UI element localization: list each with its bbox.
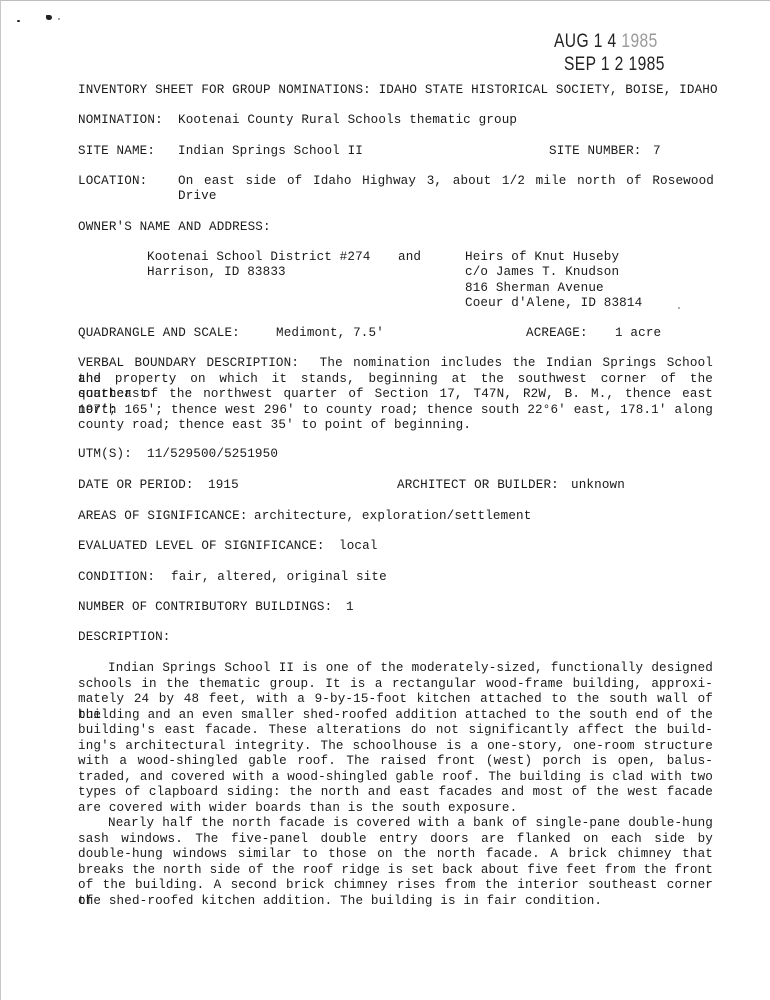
description-label: DESCRIPTION:: [78, 630, 171, 644]
site-name-value: Indian Springs School II: [178, 144, 363, 158]
description-line: are covered with wider boards than is th…: [78, 801, 713, 817]
nomination-value: Kootenai County Rural Schools thematic g…: [178, 113, 517, 127]
owner2-city: Coeur d'Alene, ID 83814: [465, 296, 642, 310]
condition-value: fair, altered, original site: [171, 570, 387, 584]
condition-label: CONDITION:: [78, 570, 155, 584]
owner2-care-of: c/o James T. Knudson: [465, 265, 619, 279]
location-value-line2: Drive: [178, 189, 217, 203]
boundary-line: north 165'; thence west 296' to county r…: [78, 403, 713, 419]
architect-label: ARCHITECT OR BUILDER:: [397, 478, 559, 492]
contributory-value: 1: [346, 600, 354, 614]
site-name-label: SITE NAME:: [78, 144, 155, 158]
description-line: sash windows. The five-panel double entr…: [78, 832, 713, 848]
received-date-stamp: AUG 1 4 1985: [554, 31, 658, 53]
description-line: the shed-roofed kitchen addition. The bu…: [78, 894, 713, 910]
stamp-year: 1985: [621, 31, 657, 52]
areas-value: architecture, exploration/settlement: [254, 509, 531, 523]
document-page: AUG 1 4 1985 SEP 1 2 1985 INVENTORY SHEE…: [0, 0, 770, 1000]
description-line: Nearly half the north facade is covered …: [108, 816, 713, 830]
quadrangle-label: QUADRANGLE AND SCALE:: [78, 326, 240, 340]
site-number-value: 7: [653, 144, 661, 158]
description-line: building and an even smaller shed-roofed…: [78, 708, 713, 724]
description-body: Indian Springs School II is one of the m…: [78, 661, 713, 909]
processed-date-stamp: SEP 1 2 1985: [564, 54, 665, 76]
architect-value: unknown: [571, 478, 625, 492]
site-number-label: SITE NUMBER:: [549, 144, 642, 158]
acreage-value: 1 acre: [615, 326, 661, 340]
document-title: INVENTORY SHEET FOR GROUP NOMINATIONS: I…: [78, 83, 718, 97]
location-label: LOCATION:: [78, 174, 147, 188]
acreage-label: ACREAGE:: [526, 326, 588, 340]
boundary-line: quarter of the northwest quarter of Sect…: [78, 387, 713, 403]
description-line: traded, and covered with a wood-shingled…: [78, 770, 713, 786]
utm-label: UTM(S):: [78, 447, 132, 461]
date-value: 1915: [208, 478, 239, 492]
level-label: EVALUATED LEVEL OF SIGNIFICANCE:: [78, 539, 325, 553]
description-line: of the building. A second brick chimney …: [78, 878, 713, 894]
owners-label: OWNER'S NAME AND ADDRESS:: [78, 220, 271, 234]
level-value: local: [339, 539, 378, 553]
location-value-line1: On east side of Idaho Highway 3, about 1…: [178, 174, 714, 188]
nomination-label: NOMINATION:: [78, 113, 163, 127]
contributory-label: NUMBER OF CONTRIBUTORY BUILDINGS:: [78, 600, 332, 614]
boundary-line: county road; thence east 35' to point of…: [78, 418, 713, 434]
utm-value: 11/529500/5251950: [147, 447, 278, 461]
owner2-street: 816 Sherman Avenue: [465, 281, 604, 295]
owners-conjunction: and: [398, 250, 421, 264]
description-line: double-hung windows similar to those on …: [78, 847, 713, 863]
description-line: breaks the north side of the roof ridge …: [78, 863, 713, 879]
stamp-month-day: SEP 1 2: [564, 54, 624, 75]
areas-label: AREAS OF SIGNIFICANCE:: [78, 509, 248, 523]
stamp-year: 1985: [628, 54, 664, 75]
description-line: mately 24 by 48 feet, with a 9-by-15-foo…: [78, 692, 713, 708]
description-line: Indian Springs School II is one of the m…: [108, 661, 713, 675]
description-line: schools in the thematic group. It is a r…: [78, 677, 713, 693]
stamp-month-day: AUG 1 4: [554, 31, 617, 52]
owner1-name: Kootenai School District #274: [147, 250, 371, 264]
description-line: with a wood-shingled gable roof. The rai…: [78, 754, 713, 770]
description-line: types of clapboard siding: the north and…: [78, 785, 713, 801]
quadrangle-value: Medimont, 7.5': [276, 326, 384, 340]
boundary-line: the property on which it stands, beginni…: [78, 372, 713, 388]
owner2-name: Heirs of Knut Huseby: [465, 250, 619, 264]
description-line: building's east facade. These alteration…: [78, 723, 713, 739]
date-label: DATE OR PERIOD:: [78, 478, 194, 492]
owner1-address: Harrison, ID 83833: [147, 265, 286, 279]
boundary-description: VERBAL BOUNDARY DESCRIPTION: The nominat…: [78, 356, 713, 434]
boundary-label: VERBAL BOUNDARY DESCRIPTION:: [78, 356, 299, 370]
description-line: ing's architectural integrity. The schoo…: [78, 739, 713, 755]
